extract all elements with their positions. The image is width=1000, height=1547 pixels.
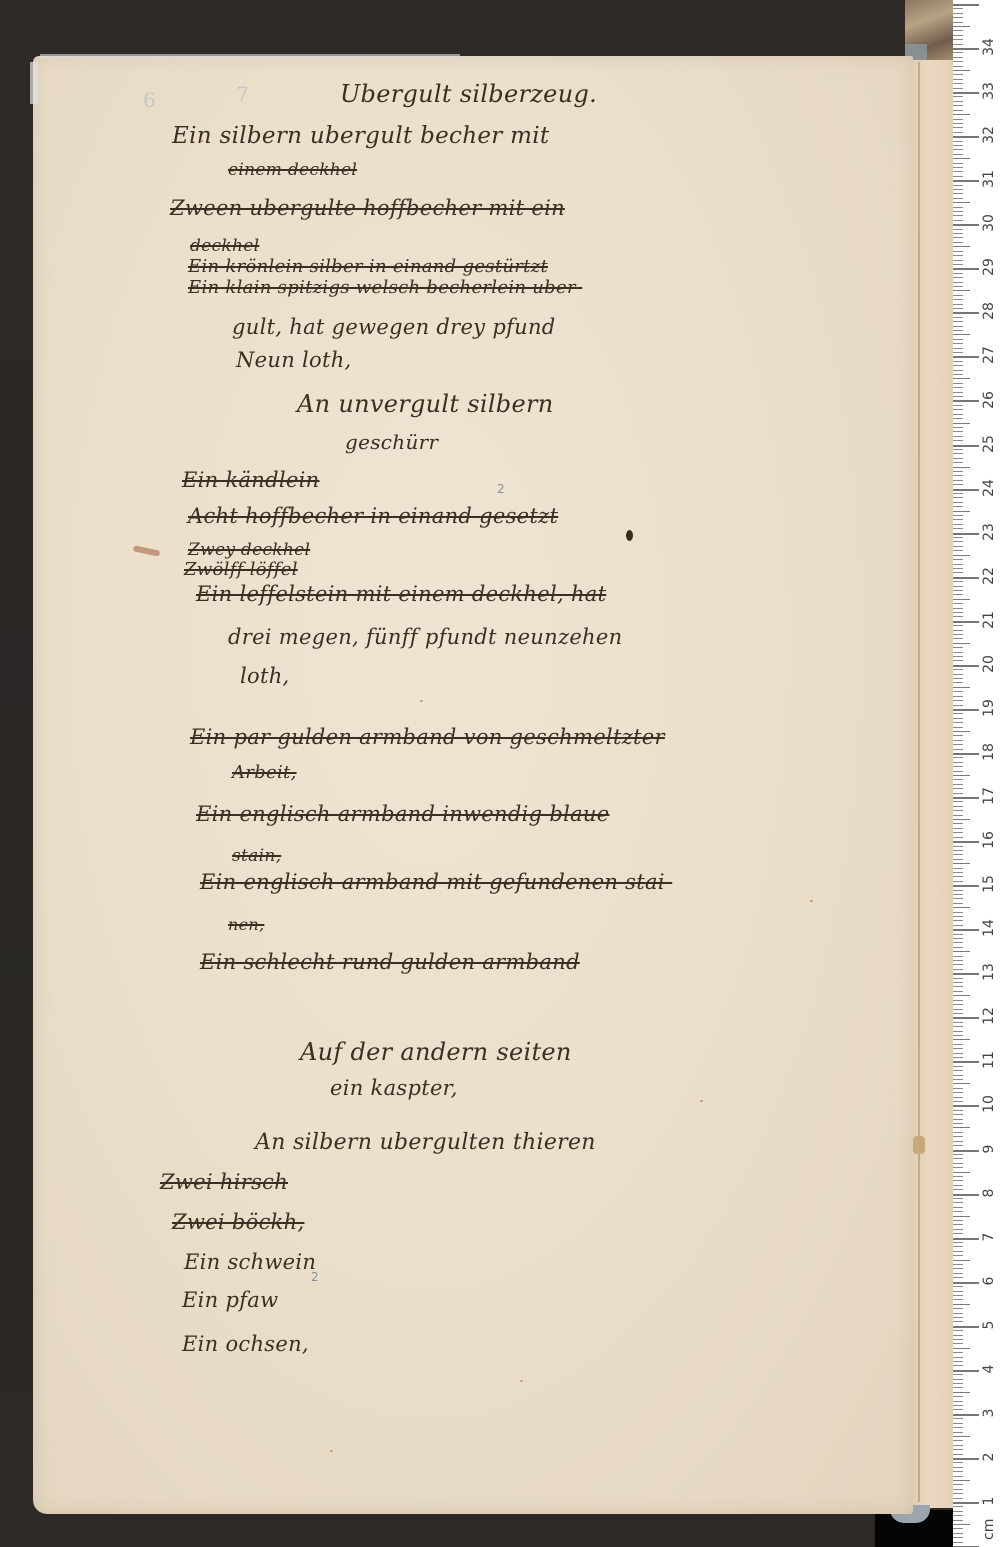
manuscript-line-struck: Zwei böckh, xyxy=(172,1210,304,1234)
ruler-mm-tick xyxy=(953,1489,963,1490)
manuscript-line-struck: deckhel xyxy=(190,236,259,256)
section-subheading: An silbern ubergulten thieren xyxy=(255,1130,596,1155)
ruler-mm-tick xyxy=(953,1418,963,1419)
ruler-mm-tick xyxy=(953,1154,963,1155)
manuscript-line-struck: Ein krönlein silber in einand gestürtzt xyxy=(188,256,548,277)
ruler-mm-tick xyxy=(953,348,963,349)
ruler-mm-tick xyxy=(953,1317,963,1318)
ruler-cm-label: 7 xyxy=(981,1227,997,1247)
ruler-mm-tick xyxy=(953,1515,963,1516)
ruler-cm-tick xyxy=(953,1238,979,1240)
ruler-mm-tick xyxy=(953,1097,963,1098)
ruler-mm-tick xyxy=(953,555,970,556)
ruler-cm-label: 4 xyxy=(981,1359,997,1379)
ruler-mm-tick xyxy=(953,1101,963,1102)
ruler-mm-tick xyxy=(953,1304,970,1305)
page-edge-top xyxy=(40,54,460,59)
ruler-mm-tick xyxy=(953,1511,963,1512)
ruler-cm-tick xyxy=(953,136,979,138)
ruler-mm-tick xyxy=(953,1180,963,1181)
ruler-mm-tick xyxy=(953,119,963,120)
ruler-mm-tick xyxy=(953,1251,963,1252)
ruler-mm-tick xyxy=(953,1277,963,1278)
ruler-cm-label: 30 xyxy=(981,213,997,233)
ruler-mm-tick xyxy=(953,74,963,75)
ruler-mm-tick xyxy=(953,493,963,494)
ruler-mm-tick xyxy=(953,506,963,507)
faint-folio-mark: 7 xyxy=(236,82,249,106)
ruler-mm-tick xyxy=(953,537,963,538)
ruler-mm-tick xyxy=(953,378,970,379)
ruler-mm-tick xyxy=(953,242,963,243)
ruler-cm-tick xyxy=(953,533,979,535)
ruler-mm-tick xyxy=(953,1163,963,1164)
ruler-mm-tick xyxy=(953,1114,963,1115)
ruler-mm-tick xyxy=(953,1286,963,1287)
ruler-mm-tick xyxy=(953,568,963,569)
ruler-cm-tick xyxy=(953,929,979,931)
ruler-cm-label: 24 xyxy=(981,478,997,498)
ruler-mm-tick xyxy=(953,608,963,609)
sewing-thread-knot xyxy=(913,1136,925,1154)
ruler-mm-tick xyxy=(953,823,963,824)
ruler-cm-tick xyxy=(953,665,979,667)
ruler-mm-tick xyxy=(953,1308,963,1309)
paper-speck xyxy=(330,1450,333,1452)
ruler-cm-label: 1 xyxy=(981,1491,997,1511)
manuscript-line: Ein silbern ubergult becher mit xyxy=(172,123,549,149)
ruler-mm-tick xyxy=(953,123,963,124)
ruler-mm-tick xyxy=(953,1211,963,1212)
ruler-mm-tick xyxy=(953,881,963,882)
ruler-cm-tick xyxy=(953,92,979,94)
ruler-mm-tick xyxy=(953,612,963,613)
ruler-mm-tick xyxy=(953,396,963,397)
manuscript-line-struck: Zwei hirsch xyxy=(160,1170,288,1194)
ruler-mm-tick xyxy=(953,700,963,701)
ruler-mm-tick xyxy=(953,282,963,283)
ruler-mm-tick xyxy=(953,912,963,913)
ruler-mm-tick xyxy=(953,956,963,957)
ruler-mm-tick xyxy=(953,1026,963,1027)
ruler-mm-tick xyxy=(953,1022,963,1023)
ruler-mm-tick xyxy=(953,1392,970,1393)
ruler-mm-tick xyxy=(953,304,963,305)
ruler-cm-tick xyxy=(953,180,979,182)
ruler-mm-tick xyxy=(953,868,963,869)
ruler-mm-tick xyxy=(953,960,963,961)
ruler-cm-label: 29 xyxy=(981,257,997,277)
manuscript-line: drei megen, fünff pfundt neunzehen xyxy=(228,625,622,649)
ruler-mm-tick xyxy=(953,1374,963,1375)
ruler-mm-tick xyxy=(953,1075,963,1076)
ruler-mm-tick xyxy=(953,682,963,683)
ruler-cm-label: 23 xyxy=(981,522,997,542)
ruler-cm-label: 17 xyxy=(981,786,997,806)
ruler-mm-tick xyxy=(953,1136,963,1137)
paper-speck xyxy=(200,140,203,142)
ruler-mm-tick xyxy=(953,1035,963,1036)
ruler-mm-tick xyxy=(953,1361,963,1362)
ruler-mm-tick xyxy=(953,462,963,463)
ruler-mm-tick xyxy=(953,1141,963,1142)
ruler-cm-label: 14 xyxy=(981,918,997,938)
ruler-mm-tick xyxy=(953,969,963,970)
ruler-mm-tick xyxy=(953,317,963,318)
ruler-mm-tick xyxy=(953,110,963,111)
ruler-mm-tick xyxy=(953,964,963,965)
ruler-mm-tick xyxy=(953,83,963,84)
ruler-mm-tick xyxy=(953,801,963,802)
ruler-mm-tick xyxy=(953,467,970,468)
ruler-mm-tick xyxy=(953,1158,963,1159)
ruler-mm-tick xyxy=(953,731,970,732)
ruler-mm-tick xyxy=(953,352,963,353)
ruler-cm-label: 25 xyxy=(981,434,997,454)
ruler-cm-label: 12 xyxy=(981,1006,997,1026)
manuscript-line-struck: stain, xyxy=(232,846,281,866)
ruler-mm-tick xyxy=(953,718,963,719)
ruler-mm-tick xyxy=(953,132,963,133)
ruler-mm-tick xyxy=(953,497,963,498)
ruler-cm-label: 27 xyxy=(981,345,997,365)
ruler-mm-tick xyxy=(953,819,970,820)
ruler-mm-tick xyxy=(953,427,963,428)
manuscript-line: Ein ochsen, xyxy=(182,1332,309,1356)
manuscript-line-struck: Ein kändlein xyxy=(182,468,319,492)
manuscript-line: Ein schwein xyxy=(184,1250,316,1274)
ruler-mm-tick xyxy=(953,691,963,692)
ruler-cm-tick xyxy=(953,753,979,755)
ruler-cm-tick xyxy=(953,1061,979,1063)
ruler-mm-tick xyxy=(953,854,963,855)
ruler-cm-tick xyxy=(953,1105,979,1107)
ruler-mm-tick xyxy=(953,920,963,921)
ruler-mm-tick xyxy=(953,1537,963,1538)
ruler-mm-tick xyxy=(953,660,963,661)
ruler-mm-tick xyxy=(953,39,963,40)
paper-speck xyxy=(700,1100,703,1102)
ruler-cm-tick xyxy=(953,1282,979,1284)
ruler-mm-tick xyxy=(953,1462,963,1463)
ruler-mm-tick xyxy=(953,1220,963,1221)
ruler-mm-tick xyxy=(953,1246,963,1247)
ruler-mm-tick xyxy=(953,1427,963,1428)
ruler-mm-tick xyxy=(953,705,963,706)
ruler-cm-label: 19 xyxy=(981,698,997,718)
ruler-mm-tick xyxy=(953,13,963,14)
ruler-cm-tick xyxy=(953,1414,979,1416)
ruler-cm-tick xyxy=(953,1326,979,1328)
ruler-mm-tick xyxy=(953,167,963,168)
ruler-mm-tick xyxy=(953,1396,963,1397)
ruler-cm-label: 13 xyxy=(981,962,997,982)
manuscript-line: loth, xyxy=(240,664,290,688)
ruler-mm-tick xyxy=(953,832,963,833)
ruler-mm-tick xyxy=(953,550,963,551)
ruler-cm-tick xyxy=(953,709,979,711)
ruler-mm-tick xyxy=(953,876,963,877)
manuscript-line: Ein pfaw xyxy=(182,1288,278,1312)
ruler-mm-tick xyxy=(953,643,970,644)
ruler-mm-tick xyxy=(953,1145,963,1146)
ruler-mm-tick xyxy=(953,330,963,331)
ruler-mm-tick xyxy=(953,656,963,657)
ruler-cm-tick xyxy=(953,577,979,579)
ruler-cm-tick xyxy=(953,224,979,226)
ruler-mm-tick xyxy=(953,189,963,190)
ruler-mm-tick xyxy=(953,392,963,393)
ruler-cm-tick xyxy=(953,841,979,843)
ruler-mm-tick xyxy=(953,907,970,908)
paper-speck xyxy=(420,700,423,702)
ruler-mm-tick xyxy=(953,79,963,80)
ruler-mm-tick xyxy=(953,70,970,71)
ruler-mm-tick xyxy=(953,1379,963,1380)
ruler-mm-tick xyxy=(953,149,963,150)
ruler-mm-tick xyxy=(953,749,963,750)
ruler-mm-tick xyxy=(953,475,963,476)
pencil-note: 2 xyxy=(497,482,505,496)
ruler-cm-label: 18 xyxy=(981,742,997,762)
ruler-mm-tick xyxy=(953,237,963,238)
gutter-fold xyxy=(918,62,920,1502)
ruler-mm-tick xyxy=(953,916,963,917)
ruler-mm-tick xyxy=(953,1070,963,1071)
ruler-cm-tick xyxy=(953,489,979,491)
ruler-mm-tick xyxy=(953,154,963,155)
ruler-mm-tick xyxy=(953,321,963,322)
ruler-mm-tick xyxy=(953,1401,963,1402)
ruler-cm-label: 21 xyxy=(981,610,997,630)
ruler-mm-tick xyxy=(953,418,963,419)
ruler-mm-tick xyxy=(953,978,963,979)
ruler-mm-tick xyxy=(953,171,963,172)
ruler-mm-tick xyxy=(953,890,963,891)
ruler-mm-tick xyxy=(953,515,963,516)
ruler-mm-tick xyxy=(953,986,963,987)
ruler-mm-tick xyxy=(953,1053,963,1054)
ruler-mm-tick xyxy=(953,1436,970,1437)
ruler-mm-tick xyxy=(953,779,963,780)
ruler-mm-tick xyxy=(953,229,963,230)
ruler-mm-tick xyxy=(953,1524,970,1525)
ruler-mm-tick xyxy=(953,1493,963,1494)
ruler-mm-tick xyxy=(953,1409,963,1410)
ruler-mm-tick xyxy=(953,1229,963,1230)
ruler-mm-tick xyxy=(953,1533,963,1534)
ruler-cm-tick xyxy=(953,797,979,799)
ruler-mm-tick xyxy=(953,995,970,996)
ruler-cm-tick xyxy=(953,1370,979,1372)
ruler-mm-tick xyxy=(953,1313,963,1314)
ruler-mm-tick xyxy=(953,1260,970,1261)
manuscript-line: gult, hat gewegen drey pfund xyxy=(232,315,556,339)
ruler-mm-tick xyxy=(953,1343,963,1344)
ruler-cm-label: 20 xyxy=(981,654,997,674)
ruler-mm-tick xyxy=(953,339,963,340)
ruler-cm-tick xyxy=(953,973,979,975)
ruler-mm-tick xyxy=(953,1000,963,1001)
manuscript-line-struck: Acht hoffbecher in einand gesetzt xyxy=(188,504,558,528)
ruler-mm-tick xyxy=(953,599,970,600)
ruler-mm-tick xyxy=(953,1132,963,1133)
ruler-mm-tick xyxy=(953,846,963,847)
ruler-mm-tick xyxy=(953,1273,963,1274)
ruler-mm-tick xyxy=(953,1127,970,1128)
ruler-mm-tick xyxy=(953,127,963,128)
ruler-mm-tick xyxy=(953,1202,963,1203)
ruler-mm-tick xyxy=(953,1348,970,1349)
ruler-mm-tick xyxy=(953,678,963,679)
manuscript-line-struck: nen, xyxy=(228,915,264,934)
ruler-mm-tick xyxy=(953,1185,963,1186)
ruler-mm-tick xyxy=(953,951,970,952)
ruler-mm-tick xyxy=(953,1445,963,1446)
ruler-mm-tick xyxy=(953,30,963,31)
ruler-mm-tick xyxy=(953,894,963,895)
ruler-mm-tick xyxy=(953,8,963,9)
ruler-mm-tick xyxy=(953,1172,970,1173)
ruler-cm-label: 26 xyxy=(981,390,997,410)
ruler-mm-tick xyxy=(953,546,963,547)
ruler-mm-tick xyxy=(953,1484,963,1485)
ruler-mm-tick xyxy=(953,687,970,688)
ruler-mm-tick xyxy=(953,713,963,714)
ruler-mm-tick xyxy=(953,361,963,362)
page-edge-left xyxy=(30,62,38,104)
ruler-mm-tick xyxy=(953,96,963,97)
ruler-mm-tick xyxy=(953,1476,963,1477)
ruler-cm-tick xyxy=(953,885,979,887)
manuscript-line-struck: Ein englisch armband inwendig blaue xyxy=(196,802,609,826)
ruler-mm-tick xyxy=(953,1110,963,1111)
ruler-mm-tick xyxy=(953,863,970,864)
ruler-mm-tick xyxy=(953,1471,963,1472)
ruler-mm-tick xyxy=(953,480,963,481)
ruler-mm-tick xyxy=(953,982,963,983)
ruler-mm-tick xyxy=(953,638,963,639)
section-heading-continued: ein kaspter, xyxy=(330,1076,458,1100)
ruler-mm-tick xyxy=(953,387,963,388)
ruler-mm-tick xyxy=(953,647,963,648)
ruler-mm-tick xyxy=(953,26,970,27)
ruler-mm-tick xyxy=(953,1449,963,1450)
ruler-mm-tick xyxy=(953,290,970,291)
manuscript-line-struck: einem deckhel xyxy=(228,160,357,180)
ruler-mm-tick xyxy=(953,273,963,274)
ruler-mm-tick xyxy=(953,105,963,106)
ruler-mm-tick xyxy=(953,1467,963,1468)
ruler-mm-tick xyxy=(953,1031,963,1032)
ruler-mm-tick xyxy=(953,810,963,811)
ruler-mm-tick xyxy=(953,101,963,102)
ruler-mm-tick xyxy=(953,1498,963,1499)
ruler-mm-tick xyxy=(953,502,963,503)
ruler-mm-tick xyxy=(953,484,963,485)
ruler-cm-tick xyxy=(953,1458,979,1460)
ruler-mm-tick xyxy=(953,1176,963,1177)
ruler-mm-tick xyxy=(953,1357,963,1358)
ruler-mm-tick xyxy=(953,757,963,758)
ruler-mm-tick xyxy=(953,365,963,366)
ruler-mm-tick xyxy=(953,793,963,794)
ruler-mm-tick xyxy=(953,991,963,992)
ruler-mm-tick xyxy=(953,1268,963,1269)
ruler-mm-tick xyxy=(953,44,963,45)
manuscript-line-struck: Ein klain spitzigs welsch becherlein ube… xyxy=(188,277,582,298)
ruler-cm-label: 8 xyxy=(981,1183,997,1203)
ruler-mm-tick xyxy=(953,1365,963,1366)
ruler-mm-tick xyxy=(953,334,970,335)
ruler-cm-label: 11 xyxy=(981,1050,997,1070)
ruler-mm-tick xyxy=(953,264,963,265)
ruler-mm-tick xyxy=(953,740,963,741)
ruler-mm-tick xyxy=(953,471,963,472)
ruler-mm-tick xyxy=(953,57,963,58)
ruler-mm-tick xyxy=(953,1506,963,1507)
ruler-cm-label: 15 xyxy=(981,874,997,894)
ruler-mm-tick xyxy=(953,1079,963,1080)
ruler-mm-tick xyxy=(953,541,963,542)
ruler-mm-tick xyxy=(953,299,963,300)
ruler-mm-tick xyxy=(953,1119,963,1120)
ruler-mm-tick xyxy=(953,872,963,873)
ruler-mm-tick xyxy=(953,559,963,560)
ruler-mm-tick xyxy=(953,215,963,216)
ruler-mm-tick xyxy=(953,1454,963,1455)
ruler-mm-tick xyxy=(953,564,963,565)
ruler-mm-tick xyxy=(953,207,963,208)
ruler-mm-tick xyxy=(953,449,963,450)
ruler-mm-tick xyxy=(953,850,963,851)
ruler-mm-tick xyxy=(953,202,970,203)
ruler-mm-tick xyxy=(953,185,963,186)
ruler-mm-tick xyxy=(953,193,963,194)
ruler-mm-tick xyxy=(953,1224,963,1225)
ruler-mm-tick xyxy=(953,625,963,626)
ruler-mm-tick xyxy=(953,246,970,247)
ruler-mm-tick xyxy=(953,52,963,53)
ruler-mm-tick xyxy=(953,1528,963,1529)
ruler-mm-tick xyxy=(953,198,963,199)
ruler-mm-tick xyxy=(953,603,963,604)
ruler-mm-tick xyxy=(953,251,963,252)
ruler-mm-tick xyxy=(953,374,963,375)
ruler-mm-tick xyxy=(953,308,963,309)
ruler-mm-tick xyxy=(953,1387,963,1388)
ruler-mm-tick xyxy=(953,744,963,745)
ruler-mm-tick xyxy=(953,1480,970,1481)
ruler-mm-tick xyxy=(953,1009,963,1010)
ruler-mm-tick xyxy=(953,837,963,838)
ruler-cm-tick xyxy=(953,4,979,6)
ruler-mm-tick xyxy=(953,1088,963,1089)
ruler-mm-tick xyxy=(953,61,963,62)
ruler-mm-tick xyxy=(953,176,963,177)
ruler-mm-tick xyxy=(953,1264,963,1265)
ruler-mm-tick xyxy=(953,458,963,459)
ruler-mm-tick xyxy=(953,1255,963,1256)
ruler-mm-tick xyxy=(953,440,963,441)
ruler-mm-tick xyxy=(953,898,963,899)
ruler-mm-tick xyxy=(953,211,963,212)
ruler-mm-tick xyxy=(953,88,963,89)
manuscript-line-struck: Arbeit, xyxy=(232,762,297,783)
ruler-mm-tick xyxy=(953,1013,963,1014)
ruler-mm-tick xyxy=(953,1066,963,1067)
ruler-mm-tick xyxy=(953,1339,963,1340)
